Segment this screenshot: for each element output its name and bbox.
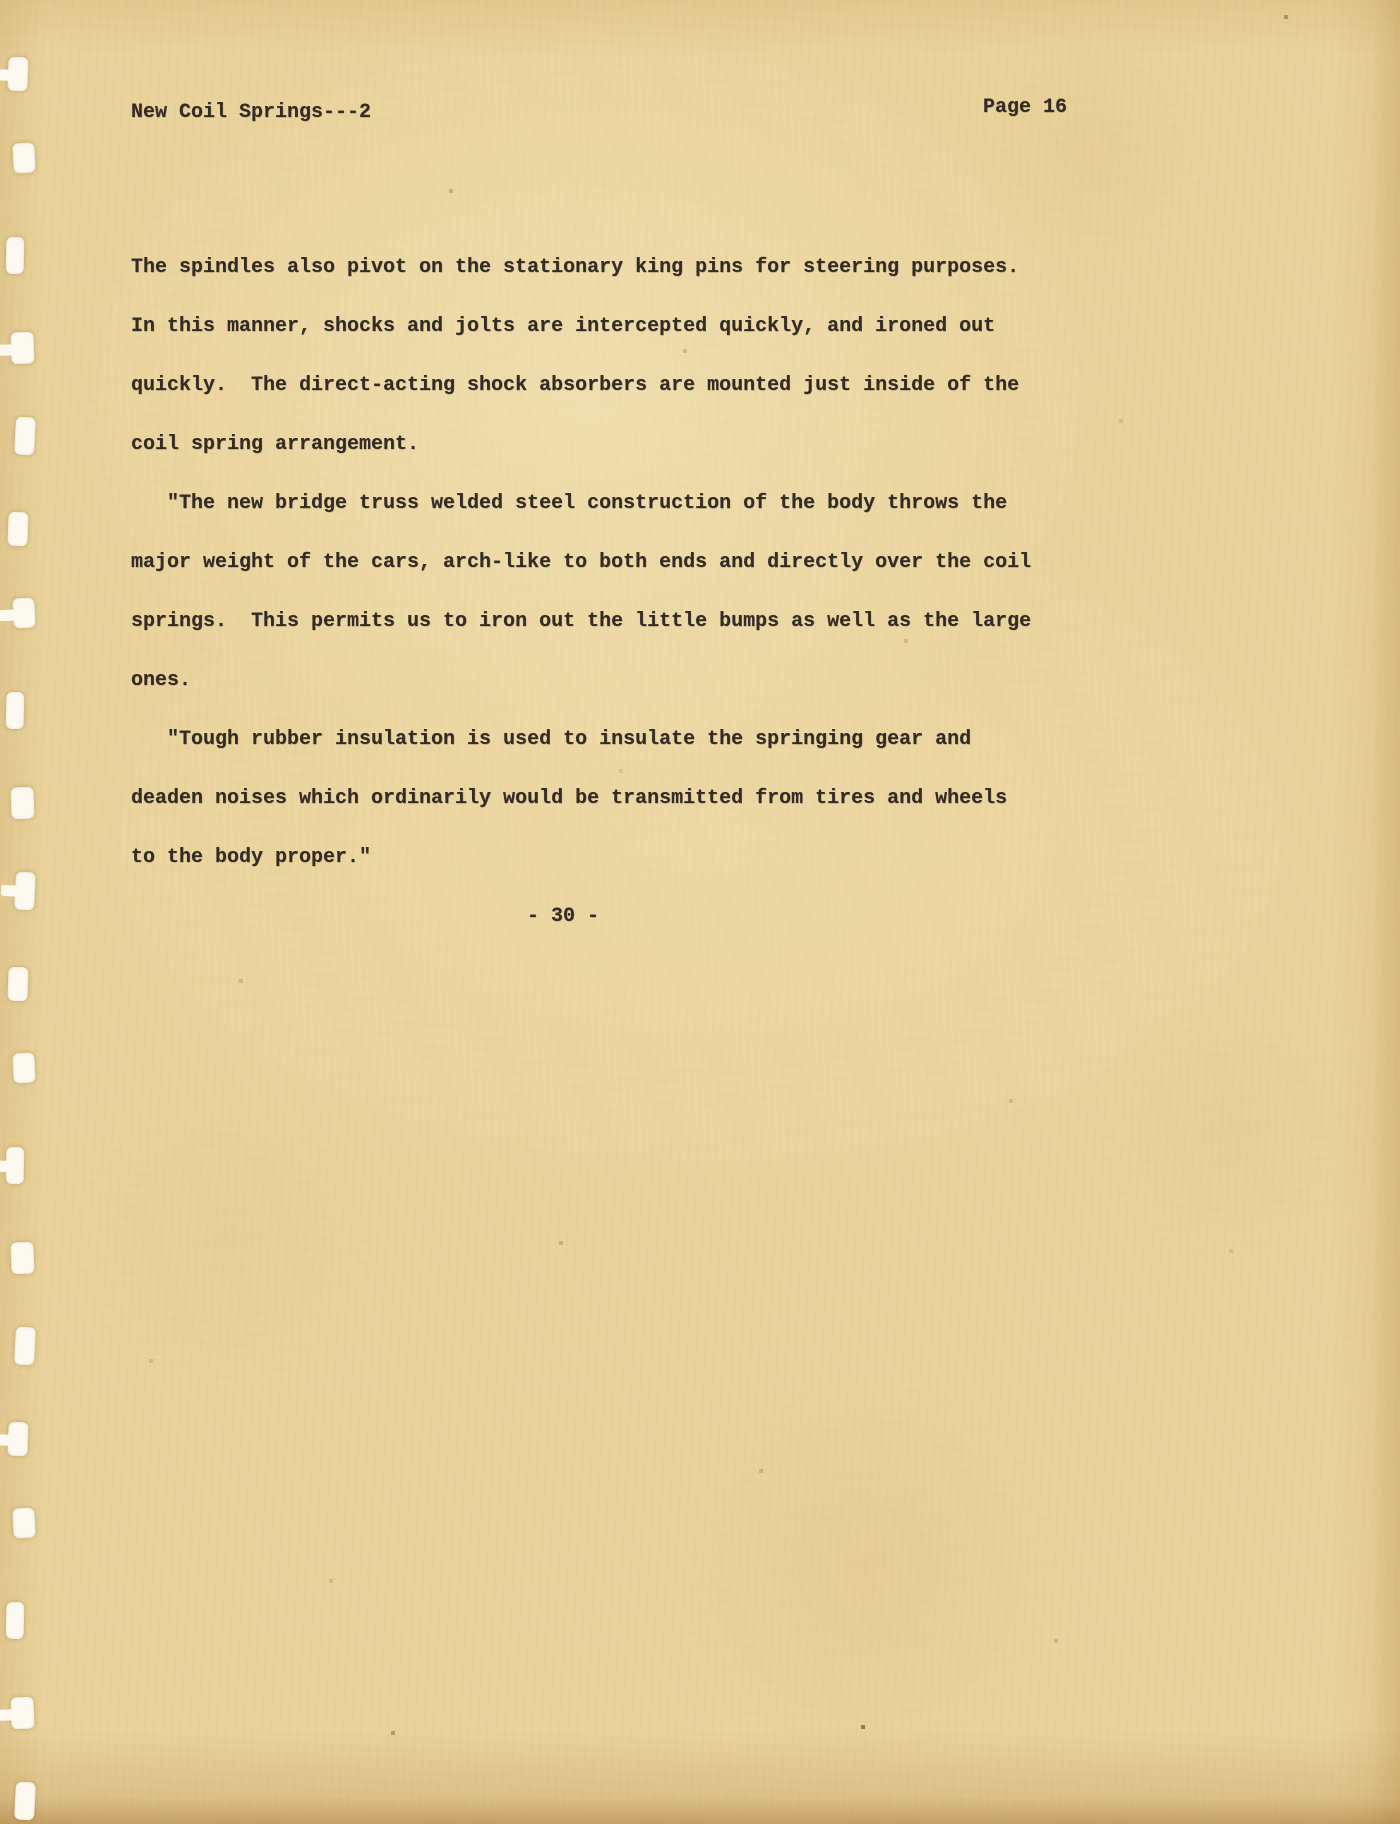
binding-hole — [6, 1602, 25, 1639]
binding-hole — [10, 332, 34, 365]
binding-hole — [7, 1422, 28, 1457]
text-line: "The new bridge truss welded steel const… — [131, 474, 1081, 533]
binding-hole — [14, 1327, 36, 1366]
binding-hole — [10, 787, 34, 820]
text-line: springs. This permits us to iron out the… — [131, 592, 1081, 651]
binding-hole — [6, 1147, 25, 1184]
end-mark: - 30 - — [527, 887, 599, 946]
page-number: Page 16 — [983, 96, 1067, 119]
binding-hole — [12, 1507, 36, 1538]
binding-hole — [14, 417, 36, 456]
text-line: "Tough rubber insulation is used to insu… — [131, 710, 1081, 769]
scanned-document-page: New Coil Springs---2 Page 16 The spindle… — [0, 0, 1400, 1824]
binding-hole — [12, 142, 36, 173]
text-line: major weight of the cars, arch-like to b… — [131, 533, 1081, 592]
binding-hole — [7, 512, 28, 547]
text-line: ones. — [131, 651, 1081, 710]
binding-hole — [6, 237, 25, 274]
text-line: In this manner, shocks and jolts are int… — [131, 297, 1081, 356]
binding-hole — [14, 872, 36, 911]
text-line: quickly. The direct-acting shock absorbe… — [131, 356, 1081, 415]
paper-specks — [0, 0, 2, 2]
binding-hole — [10, 1697, 34, 1730]
text-line: to the body proper." — [131, 828, 1081, 887]
binding-hole — [14, 1782, 36, 1821]
typewritten-body: The spindles also pivot on the stationar… — [131, 238, 1081, 887]
binding-hole — [10, 1242, 34, 1275]
binding-hole — [6, 692, 25, 729]
text-line: The spindles also pivot on the stationar… — [131, 238, 1081, 297]
binding-hole — [12, 1052, 36, 1083]
binding-hole — [7, 57, 28, 92]
text-line: coil spring arrangement. — [131, 415, 1081, 474]
binding-hole — [12, 597, 36, 628]
document-title: New Coil Springs---2 — [131, 101, 371, 124]
binding-hole — [7, 967, 28, 1002]
binding-strip — [0, 0, 48, 1824]
text-line: deaden noises which ordinarily would be … — [131, 769, 1081, 828]
